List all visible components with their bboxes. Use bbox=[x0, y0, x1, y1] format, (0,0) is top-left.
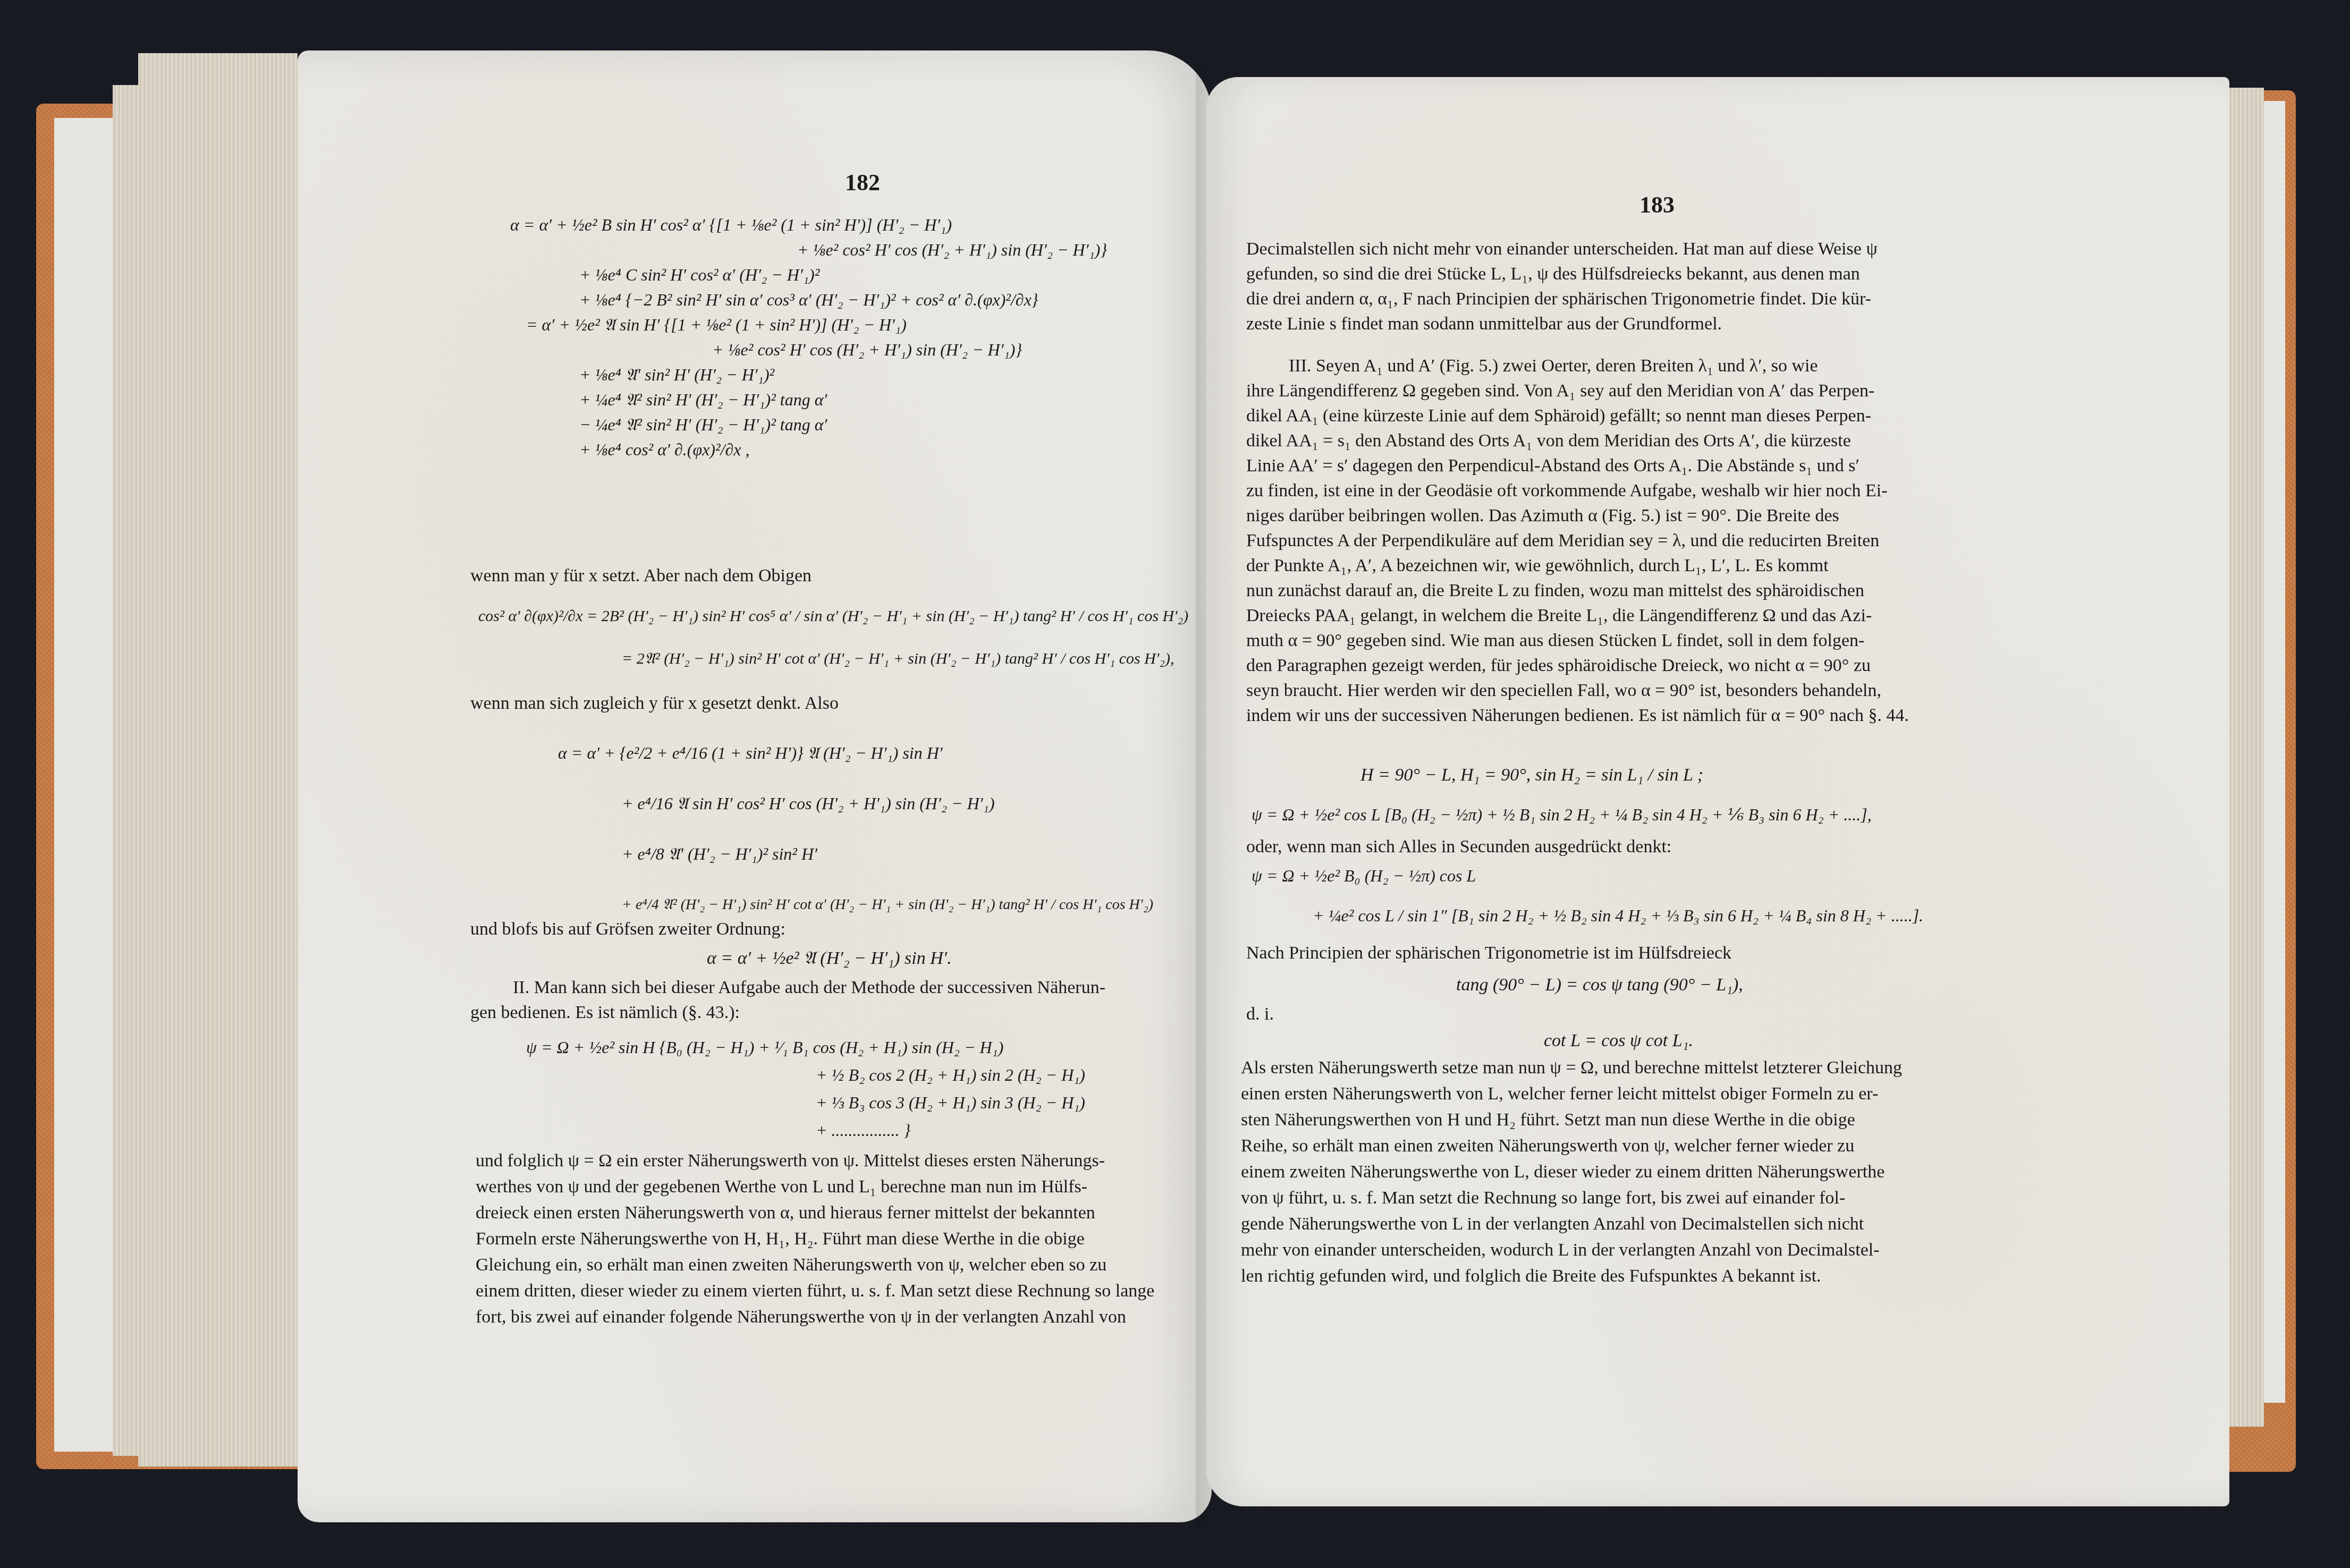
text-line: einem zweiten Näherungswerthe von L, die… bbox=[1241, 1159, 2027, 1185]
left-section-ii: II. Man kann sich bei dieser Aufgabe auc… bbox=[470, 975, 1214, 1025]
text-line: den Paragraphen gezeigt werden, für jede… bbox=[1246, 653, 2027, 678]
text-line: Formeln erste Näherungswerthe von H, H₁,… bbox=[476, 1226, 1209, 1252]
text-oder: oder, wenn man sich Alles in Secunden au… bbox=[1246, 834, 1671, 859]
text-line: gefunden, so sind die drei Stücke L, L₁,… bbox=[1246, 261, 2027, 286]
left-paragraph-final: und folglich ψ = Ω ein erster Näherungsw… bbox=[476, 1148, 1209, 1330]
text-line: Dreiecks PAA₁ gelangt, in welchem die Br… bbox=[1246, 603, 2027, 628]
text-line: von ψ führt, u. s. f. Man setzt die Rech… bbox=[1241, 1185, 2027, 1211]
eq-line: − ¼e⁴ 𝔄² sin² H′ (H′₂ − H′₁)² tang α′ bbox=[510, 412, 1107, 437]
text-line: die drei andern α, α₁, F nach Principien… bbox=[1246, 286, 2027, 311]
endpaper-right bbox=[2261, 101, 2285, 1403]
text-line: nun zunächst darauf an, die Breite L zu … bbox=[1246, 578, 2027, 603]
page-block-edge-left-inner bbox=[138, 53, 298, 1467]
endpaper-left bbox=[54, 118, 113, 1452]
text-line: seyn braucht. Hier werden wir den specie… bbox=[1246, 678, 2027, 703]
eq-line: + ⅛e⁴ {−2 B² sin² H′ sin α′ cos³ α′ (H′₂… bbox=[510, 287, 1107, 312]
equation-psi-2a: ψ = Ω + ½e² B₀ (H₂ − ½π) cos L bbox=[1252, 863, 1476, 888]
eq-line: + ⅓ B₃ cos 3 (H₂ + H₁) sin 3 (H₂ − H₁) bbox=[526, 1089, 1085, 1116]
equation-tang: tang (90° − L) = cos ψ tang (90° − L₁), bbox=[1456, 972, 1743, 997]
equation-psi-2b: + ¼e² cos L / sin 1″ [B₁ sin 2 H₂ + ½ B₂… bbox=[1313, 903, 1923, 928]
eq-line: = 2𝔄² (H′₂ − H′₁) sin² H′ cot α′ (H′₂ − … bbox=[478, 638, 1188, 680]
eq-line: = α′ + ½e² 𝔄 sin H′ {[1 + ⅛e² (1 + sin² … bbox=[510, 312, 1107, 337]
eq-line: + ⅛e² cos² H′ cos (H′₂ + H′₁) sin (H′₂ −… bbox=[510, 238, 1107, 262]
left-text-2: wenn man sich zugleich y für x gesetzt d… bbox=[470, 691, 1182, 716]
text-line: zeste Linie s findet man sodann unmittel… bbox=[1246, 311, 2027, 336]
eq-line: + ⅛e⁴ cos² α′ ∂.(φx)²/∂x , bbox=[510, 437, 1107, 462]
equation-block-5: ψ = Ω + ½e² sin H {B₀ (H₂ − H₁) + ¹⁄₁ B₁… bbox=[526, 1033, 1085, 1144]
page-number-right: 183 bbox=[1639, 191, 1675, 218]
left-text-3: und blofs bis auf Gröfsen zweiter Ordnun… bbox=[470, 917, 1182, 942]
text-line: Linie AA′ = s′ dagegen den Perpendicul-A… bbox=[1246, 453, 2027, 478]
right-paragraph-final: Als ersten Näherungswerth setze man nun … bbox=[1241, 1055, 2027, 1289]
equation-4: α = α′ + ½e² 𝔄 (H′₂ − H′₁) sin H′. bbox=[707, 946, 952, 971]
text-line: III. Seyen A₁ und A′ (Fig. 5.) zwei Oert… bbox=[1246, 353, 2027, 378]
text-line: fort, bis zwei auf einander folgende Näh… bbox=[476, 1304, 1209, 1330]
eq-line: + e⁴/16 𝔄 sin H′ cos² H′ cos (H′₂ + H′₁)… bbox=[558, 778, 1153, 829]
text-line: gende Näherungswerthe von L in der verla… bbox=[1241, 1211, 2027, 1237]
text-line: indem wir uns der successiven Näherungen… bbox=[1246, 703, 2027, 728]
text-line: sten Näherungswerthen von H und H₂ führt… bbox=[1241, 1107, 2027, 1133]
equation-block-3: α = α′ + {e²/2 + e⁴/16 (1 + sin² H′)} 𝔄 … bbox=[558, 728, 1153, 930]
text-line: Gleichung ein, so erhält man einen zweit… bbox=[476, 1252, 1209, 1278]
text-line: dikel AA₁ = s₁ den Abstand des Orts A₁ v… bbox=[1246, 428, 2027, 453]
eq-line: + ⅛e² cos² H′ cos (H′₂ + H′₁) sin (H′₂ −… bbox=[510, 337, 1107, 362]
eq-line: + ⅛e⁴ 𝔄′ sin² H′ (H′₂ − H′₁)² bbox=[510, 362, 1107, 387]
section-ii-line-2: gen bedienen. Es ist nämlich (§. 43.): bbox=[470, 1000, 1214, 1025]
text-nach: Nach Principien der sphärischen Trigonom… bbox=[1246, 940, 1731, 965]
text-line: len richtig gefunden wird, und folglich … bbox=[1241, 1263, 2027, 1289]
text-line: ihre Längendifferenz Ω gegeben sind. Von… bbox=[1246, 378, 2027, 403]
eq-line: + ¼e⁴ 𝔄² sin² H′ (H′₂ − H′₁)² tang α′ bbox=[510, 387, 1107, 412]
text-line: und folglich ψ = Ω ein erster Näherungsw… bbox=[476, 1148, 1209, 1174]
equation-h: H = 90° − L, H₁ = 90°, sin H₂ = sin L₁ /… bbox=[1360, 762, 1703, 787]
left-text-1: wenn man y für x setzt. Aber nach dem Ob… bbox=[470, 563, 1182, 588]
eq-line: + ⅛e⁴ C sin² H′ cos² α′ (H′₂ − H′₁)² bbox=[510, 262, 1107, 287]
text-line: werthes von ψ und der gegebenen Werthe v… bbox=[476, 1174, 1209, 1200]
eq-line: α = α′ + {e²/2 + e⁴/16 (1 + sin² H′)} 𝔄 … bbox=[558, 728, 1153, 778]
text-line: einen ersten Näherungswerth von L, welch… bbox=[1241, 1081, 2027, 1107]
text-line: zu finden, ist eine in der Geodäsie oft … bbox=[1246, 478, 2027, 503]
equation-block-2: cos² α′ ∂(φx)²/∂x = 2B² (H′₂ − H′₁) sin²… bbox=[478, 595, 1188, 680]
right-paragraph-1: Decimalstellen sich nicht mehr von einan… bbox=[1246, 236, 2027, 336]
text-line: der Punkte A₁, A′, A bezeichnen wir, wie… bbox=[1246, 553, 2027, 578]
right-paragraph-iii: III. Seyen A₁ und A′ (Fig. 5.) zwei Oert… bbox=[1246, 353, 2027, 728]
text-line: Decimalstellen sich nicht mehr von einan… bbox=[1246, 236, 2027, 261]
eq-line: + e⁴/8 𝔄′ (H′₂ − H′₁)² sin² H′ bbox=[558, 829, 1153, 879]
text-di: d. i. bbox=[1246, 1002, 1274, 1027]
text-line: dreieck einen ersten Näherungswerth von … bbox=[476, 1200, 1209, 1226]
text-line: Als ersten Näherungswerth setze man nun … bbox=[1241, 1055, 2027, 1081]
text-line: mehr von einander unterscheiden, wodurch… bbox=[1241, 1237, 2027, 1263]
eq-line: + ................ } bbox=[526, 1116, 1085, 1144]
equation-block-1: α = α′ + ½e² B sin H′ cos² α′ {[1 + ⅛e² … bbox=[510, 213, 1107, 462]
page-number-left: 182 bbox=[845, 169, 880, 196]
text-line: einem dritten, dieser wieder zu einem vi… bbox=[476, 1278, 1209, 1304]
text-line: Reihe, so erhält man einen zweiten Näher… bbox=[1241, 1133, 2027, 1159]
equation-cot: cot L = cos ψ cot L₁. bbox=[1544, 1028, 1693, 1053]
text-line: dikel AA₁ (eine kürzeste Linie auf dem S… bbox=[1246, 403, 2027, 428]
text-line: Fufspunctes A der Perpendikuläre auf dem… bbox=[1246, 528, 2027, 553]
text-line: niges darüber beibringen wollen. Das Azi… bbox=[1246, 503, 2027, 528]
eq-line: ψ = Ω + ½e² sin H {B₀ (H₂ − H₁) + ¹⁄₁ B₁… bbox=[526, 1033, 1085, 1061]
equation-psi-1: ψ = Ω + ½e² cos L [B₀ (H₂ − ½π) + ½ B₁ s… bbox=[1252, 802, 1872, 827]
section-ii-line-1: II. Man kann sich bei dieser Aufgabe auc… bbox=[470, 975, 1214, 1000]
eq-line: + ½ B₂ cos 2 (H₂ + H₁) sin 2 (H₂ − H₁) bbox=[526, 1061, 1085, 1089]
eq-line: α = α′ + ½e² B sin H′ cos² α′ {[1 + ⅛e² … bbox=[510, 213, 1107, 238]
eq-line: cos² α′ ∂(φx)²/∂x = 2B² (H′₂ − H′₁) sin²… bbox=[478, 595, 1188, 638]
text-line: muth α = 90° gegeben sind. Wie man aus d… bbox=[1246, 628, 2027, 653]
page-block-edge-right bbox=[2224, 88, 2264, 1427]
